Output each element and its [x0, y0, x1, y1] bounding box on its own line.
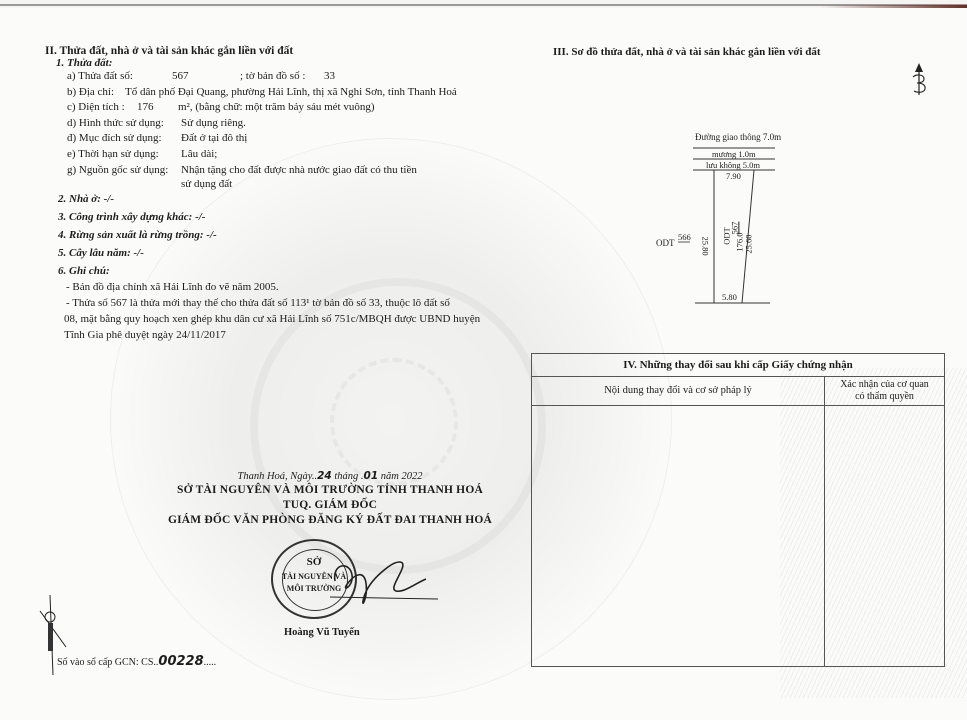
authority-confirmation-cell	[825, 406, 944, 666]
section-3-heading: III. Sơ đồ thửa đất, nhà ở và tài sản kh…	[553, 46, 821, 59]
changes-table-body	[532, 406, 944, 666]
land-heading: 1. Thửa đất:	[56, 57, 112, 70]
change-content-cell	[532, 406, 825, 666]
date-year: năm 2022	[378, 471, 422, 482]
watermark-center	[330, 358, 458, 486]
area-value: 176	[137, 101, 154, 114]
purpose-label: đ) Mục đích sử dụng:	[67, 132, 162, 145]
signer-name: Hoàng Vũ Tuyến	[284, 627, 360, 638]
issuing-department: SỞ TÀI NGUYÊN VÀ MÔI TRƯỜNG TỈNH THANH H…	[140, 483, 520, 498]
purpose-value: Đất ở tại đô thị	[181, 132, 247, 145]
date-month: 01	[364, 470, 379, 482]
registration-label: Số vào sổ cấp GCN: CS..	[57, 657, 158, 668]
address-label: b) Địa chỉ:	[67, 86, 114, 99]
registration-number: 00228	[158, 654, 203, 669]
address-value: Tổ dân phố Đại Quang, phường Hải Lĩnh, t…	[125, 86, 457, 99]
changes-table-header: Nội dung thay đổi và cơ sở pháp lý Xác n…	[532, 377, 944, 406]
map-sheet-label: ; tờ bản đồ số :	[240, 70, 305, 83]
area-unit-text: m², (bằng chữ: một trăm bảy sáu mét vuôn…	[178, 101, 375, 114]
signer-title: GIÁM ĐỐC VĂN PHÒNG ĐĂNG KÝ ĐẤT ĐAI THANH…	[140, 513, 520, 528]
forest-item: 4. Rừng sản xuất là rừng trồng: -/-	[58, 229, 217, 242]
note-2-line1: - Thửa số 567 là thửa mới thay thế cho t…	[66, 297, 450, 310]
authority-header-line2: có thẩm quyền	[825, 391, 944, 403]
notes-heading: 6. Ghi chú:	[58, 265, 110, 278]
right-edge-length: 25.60	[744, 234, 754, 253]
ditch-label: mương 1.0m	[712, 149, 756, 159]
date-prefix: Thanh Hoá, Ngày..	[237, 471, 317, 482]
registration-number-line: Số vào sổ cấp GCN: CS..00228.....	[57, 654, 216, 669]
signature-block: Thanh Hoá, Ngày..24 tháng .01 năm 2022 S…	[140, 470, 520, 528]
change-content-column-header: Nội dung thay đổi và cơ sở pháp lý	[532, 377, 825, 405]
note-1: - Bản đồ địa chính xã Hải Lĩnh đo vẽ năm…	[66, 281, 279, 294]
place-date: Thanh Hoá, Ngày..24 tháng .01 năm 2022	[140, 470, 520, 483]
date-day: 24	[317, 470, 332, 482]
handwritten-signature	[330, 553, 440, 613]
changes-table: IV. Những thay đổi sau khi cấp Giấy chứn…	[531, 353, 945, 667]
date-month-label: tháng .	[332, 471, 364, 482]
section-4-heading: IV. Những thay đổi sau khi cấp Giấy chứn…	[532, 354, 944, 377]
perennial-item: 5. Cây lâu năm: -/-	[58, 247, 144, 260]
use-form-label: d) Hình thức sử dụng:	[67, 117, 164, 130]
use-form-value: Sử dụng riêng.	[181, 117, 246, 130]
parcel-diagram: Đường giao thông 7.0m mương 1.0m lưu khô…	[640, 125, 820, 315]
parcel-label: a) Thửa đất số:	[67, 70, 133, 83]
road-label: Đường giao thông 7.0m	[695, 132, 781, 142]
bottom-edge-length: 5.80	[722, 292, 737, 302]
origin-label: g) Nguồn gốc sử dụng:	[67, 164, 168, 177]
neighbor-number: 566	[678, 232, 691, 242]
area-label: c) Diện tích :	[67, 101, 125, 114]
registration-dots: .....	[204, 657, 217, 668]
note-2-line3: Tĩnh Gia phê duyệt ngày 24/11/2017	[64, 329, 226, 342]
north-arrow-icon	[908, 63, 930, 95]
house-item: 2. Nhà ở: -/-	[58, 193, 114, 206]
origin-line2: sử dụng đất	[181, 178, 232, 191]
neighbor-code: ODT	[656, 238, 675, 248]
parcel-number: 567	[172, 70, 189, 83]
term-value: Lâu dài;	[181, 148, 217, 161]
origin-line1: Nhận tặng cho đất được nhà nước giao đất…	[181, 164, 417, 177]
authority-header-line1: Xác nhận của cơ quan	[825, 379, 944, 391]
parcel-area-label: 176.0	[735, 232, 745, 251]
term-label: e) Thời hạn sử dụng:	[67, 148, 159, 161]
authorization-title: TUQ. GIÁM ĐỐC	[140, 498, 520, 513]
left-edge-length: 25.80	[701, 236, 711, 255]
map-sheet-number: 33	[324, 70, 335, 83]
top-edge-length: 7.90	[726, 171, 741, 181]
authority-confirmation-column-header: Xác nhận của cơ quan có thẩm quyền	[825, 377, 944, 405]
other-construction-item: 3. Công trình xây dựng khác: -/-	[58, 211, 205, 224]
note-2-line2: 08, mặt bằng quy hoạch xen ghép khu dân …	[64, 313, 480, 326]
setback-label: lưu không 5.0m	[706, 160, 760, 170]
